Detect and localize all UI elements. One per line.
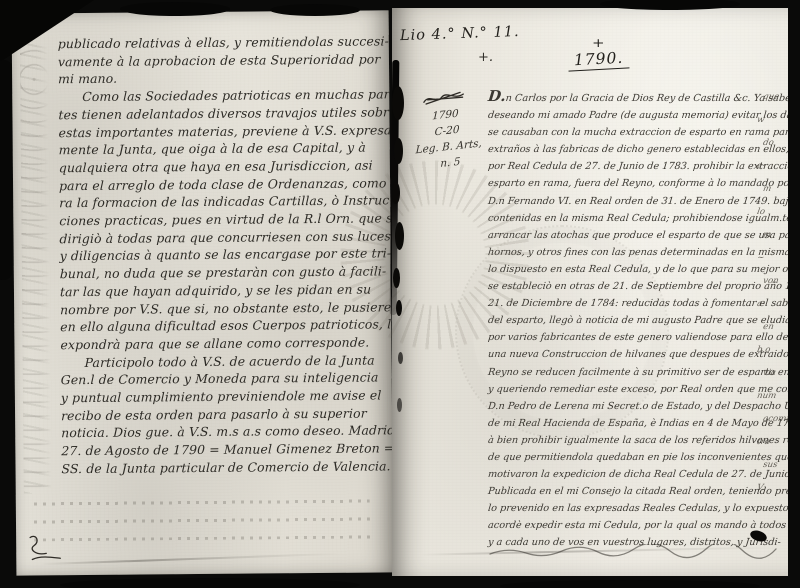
catchword-fragment: acomp — [754, 414, 788, 437]
manuscript-line: contenidas en la misma Real Cedula; proh… — [487, 210, 779, 227]
manuscript-line: de que permitiendola quedaban en pie los… — [487, 449, 779, 466]
catchword-fragment: tra — [754, 437, 788, 460]
catchword-fragment: en — [754, 322, 788, 345]
manuscript-line: extraños à las fabricas de dicho genero … — [487, 141, 779, 158]
ink-flourish-mark — [26, 531, 74, 565]
manuscript-line: D.n Pedro de Lerena mi Secret.o de Estad… — [487, 398, 779, 415]
manuscript-line: y queriendo remediar este exceso, por Re… — [487, 381, 779, 398]
right-page: Lio 4.° N.° 11. +. + 1790. 1790C-20Leg. … — [392, 8, 788, 576]
manuscript-line: esparto en rama, fuera del Reyno, confor… — [487, 175, 779, 192]
catchword-fragment: a- — [754, 299, 788, 322]
catchword-fragment: lo — [754, 207, 788, 230]
bleedthrough-ghost-lines — [34, 497, 370, 542]
scanned-manuscript: publicado relativas à ellas, y remitiend… — [0, 0, 800, 588]
torn-edge — [500, 580, 760, 588]
manuscript-line: D.n Fernando VI. en Real orden de 31. de… — [487, 193, 779, 210]
manuscript-line: se causaban con la mucha extraccion de e… — [487, 124, 779, 141]
margin-catchwords: quewdoe-mlom~vona-enb.ovianumacomptrasus… — [756, 92, 786, 506]
manuscript-line: del esparto, llegò à noticia de mi augus… — [487, 312, 779, 329]
torn-edge — [0, 60, 12, 280]
catchword-fragment: von — [754, 276, 788, 299]
catchword-fragment: via — [754, 368, 788, 391]
catchword-fragment: b.o — [754, 345, 788, 368]
catchword-fragment: num — [754, 391, 788, 414]
catchword-fragment: e- — [754, 161, 788, 184]
ink-blot — [398, 352, 403, 364]
torn-edge — [120, 2, 230, 16]
right-page-manuscript-text: D.n Carlos por la Gracia de Dios Rey de … — [488, 88, 778, 552]
left-page-manuscript-text: publicado relativas à ellas, y remitiend… — [58, 32, 388, 477]
manuscript-line: D.n Carlos por la Gracia de Dios Rey de … — [487, 88, 779, 107]
catchword-fragment: m — [754, 230, 788, 253]
manuscript-line: SS. de la Junta particular de Comercio d… — [61, 457, 387, 478]
ink-blot — [396, 300, 402, 316]
bleedthrough-marks — [20, 43, 52, 493]
archive-reference: Lio 4.° N.° 11. — [400, 24, 520, 44]
catchword-fragment: sus — [754, 460, 788, 483]
manuscript-line: de mi Real Hacienda de España, è Indias … — [487, 415, 779, 432]
ink-blot — [394, 138, 403, 164]
cross-mark-small: +. — [478, 50, 493, 65]
manuscript-line: expondrà para que se allane como corresp… — [60, 333, 386, 354]
catchword-fragment: w — [754, 115, 788, 138]
ink-blot — [393, 268, 400, 288]
year-heading: 1790. — [568, 48, 630, 71]
ink-blot — [392, 86, 404, 120]
manuscript-line: lo dispuesto en esta Real Cedula, y de l… — [487, 261, 779, 278]
manuscript-line: se estableciò en otras de 21. de Septiem… — [487, 278, 779, 295]
manuscript-line: Reyno se reducen facilmente à su primiti… — [487, 364, 779, 381]
left-page: publicado relativas à ellas, y remitiend… — [12, 10, 394, 575]
catchword-fragment: do — [754, 138, 788, 161]
margin-annotation: 1790C-20Leg. B. Arts,n. 5 — [406, 86, 488, 174]
manuscript-line: qualquiera otra que haya en esa Jurisdic… — [59, 156, 385, 177]
torn-edge — [60, 578, 360, 588]
manuscript-line: por varios fabricantes de este genero va… — [487, 329, 779, 346]
ink-blot — [397, 398, 402, 412]
manuscript-line: 21. de Diciembre de 1784: reducidas toda… — [487, 295, 779, 312]
manuscript-line: una nueva Construccion de hilvanes que d… — [487, 346, 779, 363]
manuscript-line: lo prevenido en las expresadas Reales Ce… — [487, 500, 779, 517]
manuscript-line: deseando mi amado Padre (de augusta memo… — [487, 107, 779, 124]
catchword-fragment: m — [754, 184, 788, 207]
cross-icon: + — [592, 36, 605, 50]
ink-blot — [392, 182, 400, 204]
manuscript-line: tes tienen adelantados diversos travajos… — [58, 103, 384, 124]
ink-blot — [395, 222, 404, 250]
manuscript-line: tar las que hayan adquirido, y se les pi… — [60, 280, 386, 301]
torn-edge — [270, 4, 360, 16]
manuscript-line: acordè expedir esta mi Cedula, por la qu… — [487, 517, 779, 534]
manuscript-line: Publicada en el mi Consejo la citada Rea… — [487, 483, 779, 500]
manuscript-line: motivaron la expedicion de dicha Real Ce… — [487, 466, 779, 483]
catchword-fragment: ~ — [754, 253, 788, 276]
catchword-fragment: V. — [754, 483, 788, 506]
manuscript-line: por Real Cedula de 27. de Junio de 1783.… — [487, 158, 779, 175]
manuscript-line: arrancar las atochas que produce el espa… — [487, 227, 779, 244]
manuscript-line: à bien prohibir igualmente la saca de lo… — [487, 432, 779, 449]
catchword-fragment: que — [754, 92, 788, 115]
manuscript-line: hornos, y otros fines con las penas dete… — [487, 244, 779, 261]
